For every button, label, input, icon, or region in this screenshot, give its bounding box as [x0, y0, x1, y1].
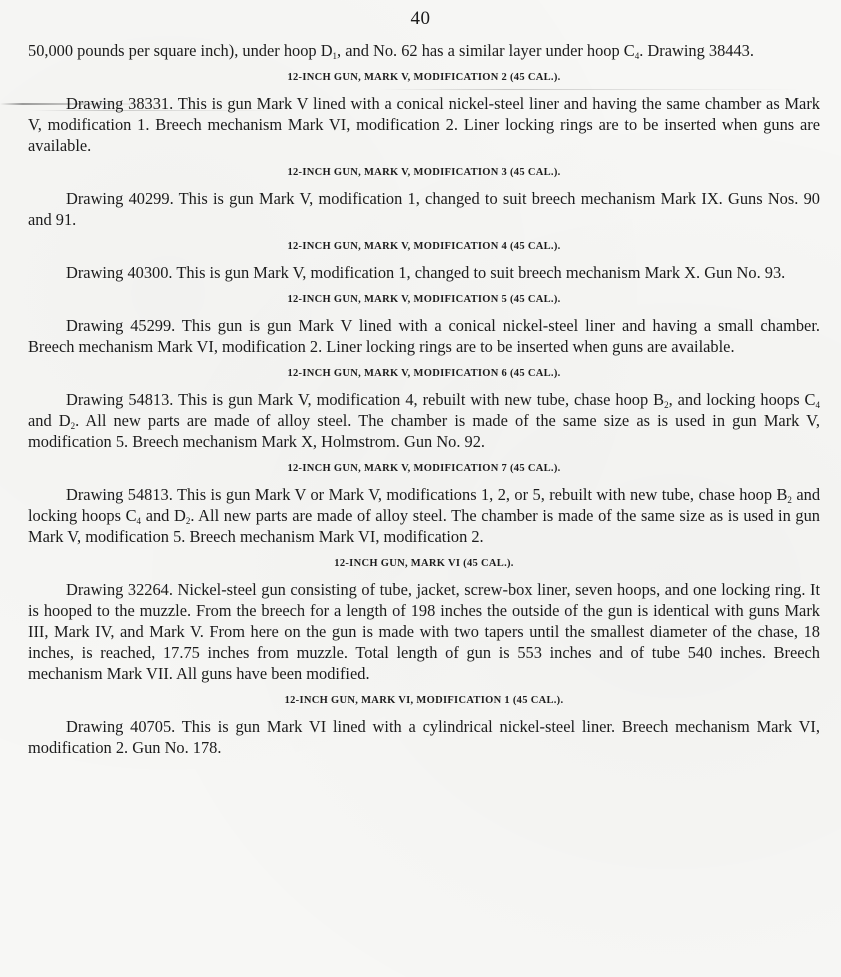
section-paragraph: Drawing 54813. This is gun Mark V or Mar… — [28, 484, 820, 547]
page-body: 50,000 pounds per square inch), under ho… — [28, 40, 820, 758]
section-paragraph: Drawing 38331. This is gun Mark V lined … — [28, 93, 820, 156]
section-paragraph: Drawing 40300. This is gun Mark V, modif… — [28, 262, 820, 283]
intro-paragraph: 50,000 pounds per square inch), under ho… — [28, 40, 820, 61]
subscript: 4 — [137, 516, 142, 526]
subscript: 2 — [71, 421, 76, 431]
subscript: 2 — [186, 516, 191, 526]
gun-section: 12-INCH GUN, MARK V, MODIFICATION 2 (45 … — [28, 71, 820, 156]
gun-section: 12-INCH GUN, MARK V, MODIFICATION 5 (45 … — [28, 293, 820, 357]
page-number: 40 — [0, 8, 841, 30]
section-heading: 12-INCH GUN, MARK V, MODIFICATION 4 (45 … — [28, 240, 820, 254]
subscript: 2 — [664, 400, 669, 410]
gun-section: 12-INCH GUN, MARK V, MODIFICATION 4 (45 … — [28, 240, 820, 283]
section-heading: 12-INCH GUN, MARK V, MODIFICATION 7 (45 … — [28, 462, 820, 476]
section-paragraph: Drawing 45299. This gun is gun Mark V li… — [28, 315, 820, 357]
section-heading: 12-INCH GUN, MARK V, MODIFICATION 6 (45 … — [28, 367, 820, 381]
subscript: 2 — [787, 495, 792, 505]
gun-section: 12-INCH GUN, MARK V, MODIFICATION 3 (45 … — [28, 166, 820, 230]
gun-section: 12-INCH GUN, MARK VI, MODIFICATION 1 (45… — [28, 694, 820, 758]
gun-section: 12-INCH GUN, MARK V, MODIFICATION 6 (45 … — [28, 367, 820, 452]
section-heading: 12-INCH GUN, MARK V, MODIFICATION 3 (45 … — [28, 166, 820, 180]
section-heading: 12-INCH GUN, MARK V, MODIFICATION 2 (45 … — [28, 71, 820, 85]
subscript: 4 — [815, 400, 820, 410]
section-paragraph: Drawing 32264. Nickel-steel gun consisti… — [28, 579, 820, 684]
section-heading: 12-INCH GUN, MARK VI (45 CAL.). — [28, 557, 820, 571]
section-heading: 12-INCH GUN, MARK VI, MODIFICATION 1 (45… — [28, 694, 820, 708]
gun-sections: 12-INCH GUN, MARK V, MODIFICATION 2 (45 … — [28, 71, 820, 758]
gun-section: 12-INCH GUN, MARK V, MODIFICATION 7 (45 … — [28, 462, 820, 547]
section-paragraph: Drawing 40299. This is gun Mark V, modif… — [28, 188, 820, 230]
section-paragraph: Drawing 54813. This is gun Mark V, modif… — [28, 389, 820, 452]
subscript: 1 — [333, 51, 338, 61]
section-paragraph: Drawing 40705. This is gun Mark VI lined… — [28, 716, 820, 758]
section-heading: 12-INCH GUN, MARK V, MODIFICATION 5 (45 … — [28, 293, 820, 307]
gun-section: 12-INCH GUN, MARK VI (45 CAL.).Drawing 3… — [28, 557, 820, 684]
scanned-page: 40 50,000 pounds per square inch), under… — [0, 0, 841, 977]
subscript: 4 — [635, 51, 640, 61]
